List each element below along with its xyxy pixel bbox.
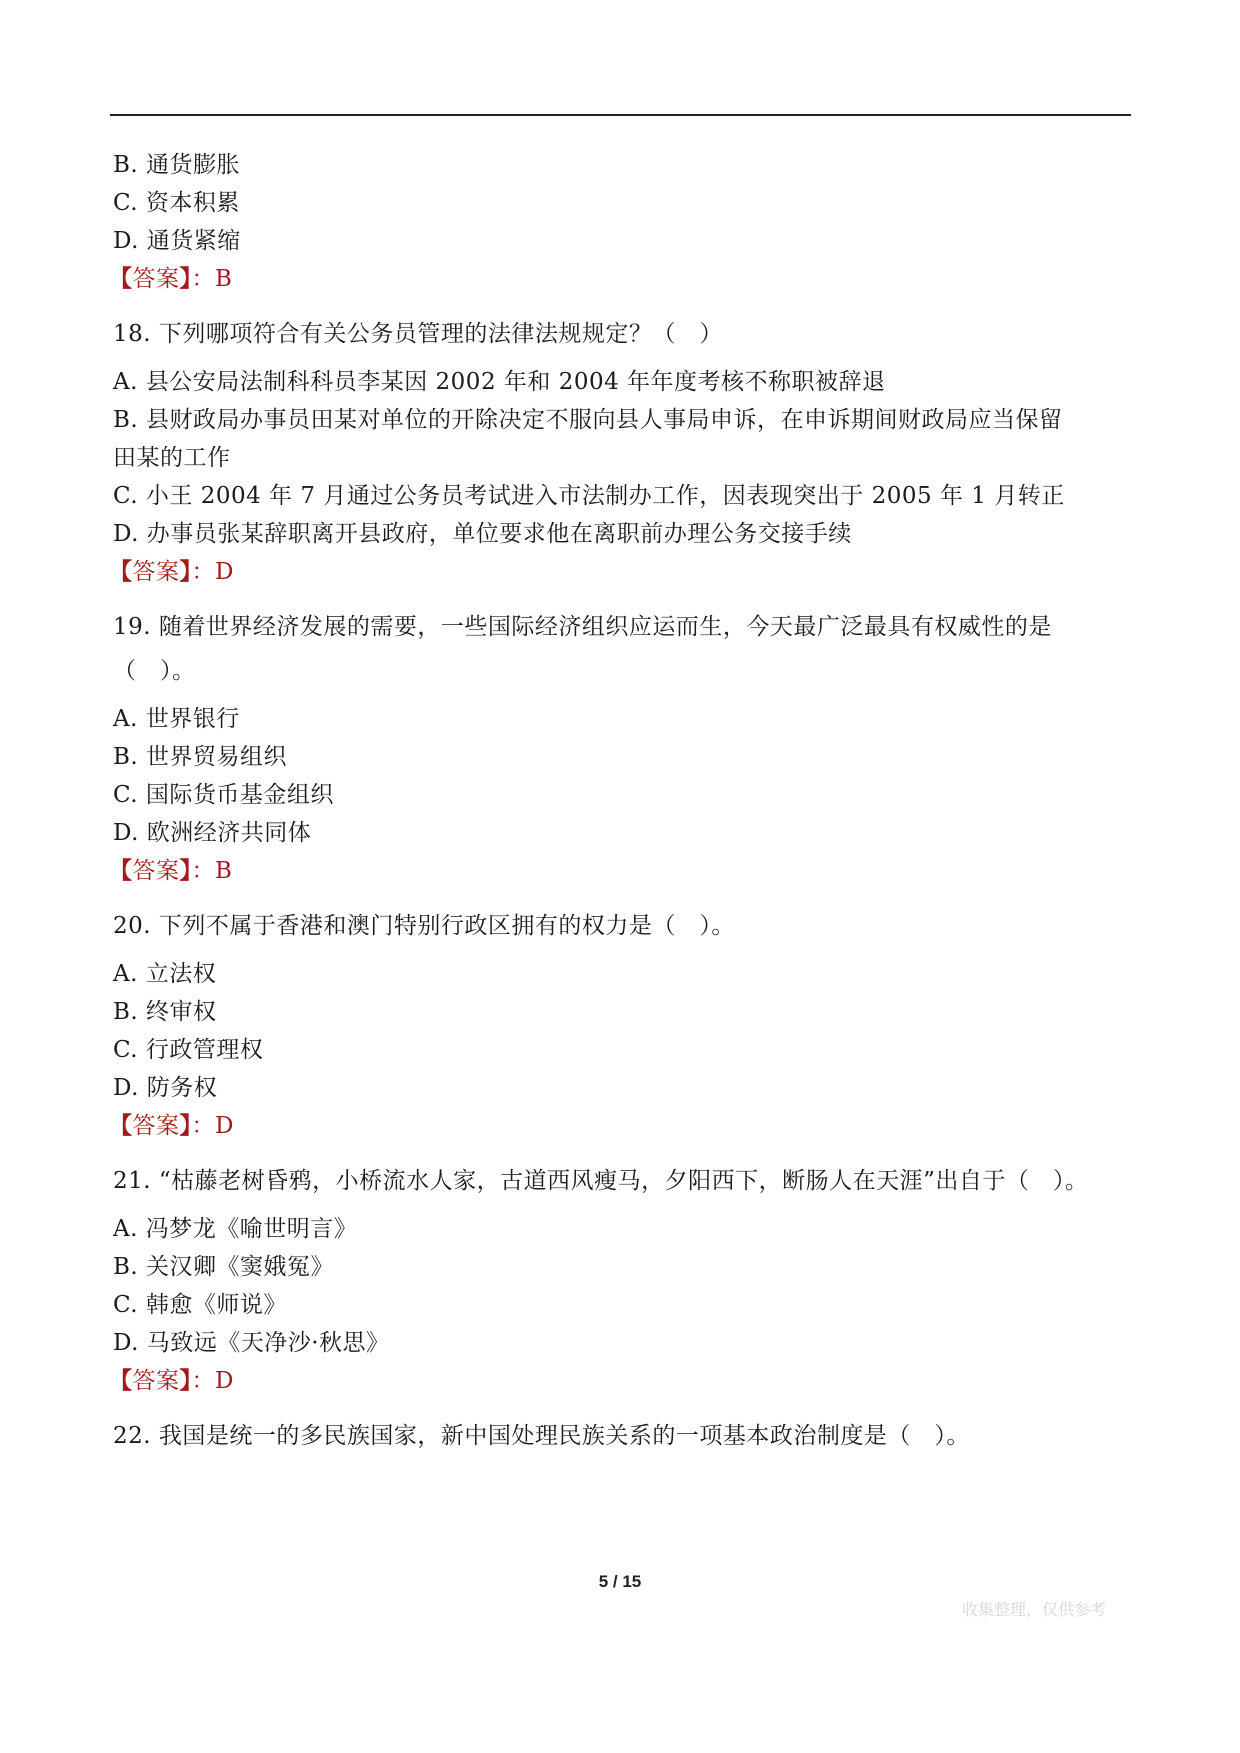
q18-option-b-cont: 田某的工作 — [113, 443, 231, 473]
q21-option-c: C. 韩愈《师说》 — [113, 1290, 287, 1320]
q18-answer: 【答案】：D — [109, 557, 234, 587]
q19-option-a: A. 世界银行 — [113, 704, 240, 734]
q18-option-b: B. 县财政局办事员田某对单位的开除决定不服向县人事局申诉，在申诉期间财政局应当… — [113, 405, 1063, 435]
q19-answer-value: B — [215, 858, 232, 884]
q18-option-d: D. 办事员张某辞职离开县政府，单位要求他在离职前办理公务交接手续 — [113, 519, 852, 549]
q21-question: 21. “枯藤老树昏鸦，小桥流水人家，古道西风瘦马，夕阳西下，断肠人在天涯”出自… — [113, 1166, 1088, 1196]
page-number: 5 / 15 — [0, 1572, 1240, 1592]
q22-question: 22. 我国是统一的多民族国家，新中国处理民族关系的一项基本政治制度是（ ）。 — [113, 1421, 970, 1451]
q17-option-b: B. 通货膨胀 — [113, 150, 240, 180]
q18-option-a: A. 县公安局法制科科员李某因 2002 年和 2004 年年度考核不称职被辞退 — [113, 367, 886, 397]
q21-option-b: B. 关汉卿《窦娥冤》 — [113, 1252, 334, 1282]
q19-option-c: C. 国际货币基金组织 — [113, 780, 334, 810]
q20-question: 20. 下列不属于香港和澳门特别行政区拥有的权力是（ ）。 — [113, 911, 735, 941]
q20-answer: 【答案】：D — [109, 1111, 234, 1141]
q19-question: 19. 随着世界经济发展的需要，一些国际经济组织应运而生，今天最广泛最具有权威性… — [113, 612, 1052, 642]
q17-option-c: C. 资本积累 — [113, 188, 240, 218]
q20-option-d: D. 防务权 — [113, 1073, 217, 1103]
q21-option-d: D. 马致远《天净沙·秋思》 — [113, 1328, 390, 1358]
q19-option-d: D. 欧洲经济共同体 — [113, 818, 311, 848]
q21-answer: 【答案】：D — [109, 1366, 234, 1396]
q18-question: 18. 下列哪项符合有关公务员管理的法律法规规定？（ ） — [113, 319, 723, 349]
q20-option-b: B. 终审权 — [113, 997, 217, 1027]
q17-answer: 【答案】：B — [109, 264, 232, 294]
q19-question-cont: （ ）。 — [113, 656, 196, 686]
q21-option-a: A. 冯梦龙《喻世明言》 — [113, 1214, 357, 1244]
q18-answer-value: D — [215, 559, 234, 585]
q20-option-c: C. 行政管理权 — [113, 1035, 263, 1065]
q20-option-a: A. 立法权 — [113, 959, 216, 989]
q17-option-d: D. 通货紧缩 — [113, 226, 241, 256]
q21-answer-value: D — [215, 1368, 234, 1394]
q19-option-b: B. 世界贸易组织 — [113, 742, 287, 772]
header-rule — [110, 114, 1131, 116]
q20-answer-value: D — [215, 1113, 234, 1139]
watermark: 收集整理，仅供参考 — [962, 1597, 1106, 1620]
q19-answer: 【答案】：B — [109, 856, 232, 886]
q17-answer-value: B — [215, 266, 232, 292]
q18-option-c: C. 小王 2004 年 7 月通过公务员考试进入市法制办工作，因表现突出于 2… — [113, 481, 1065, 511]
